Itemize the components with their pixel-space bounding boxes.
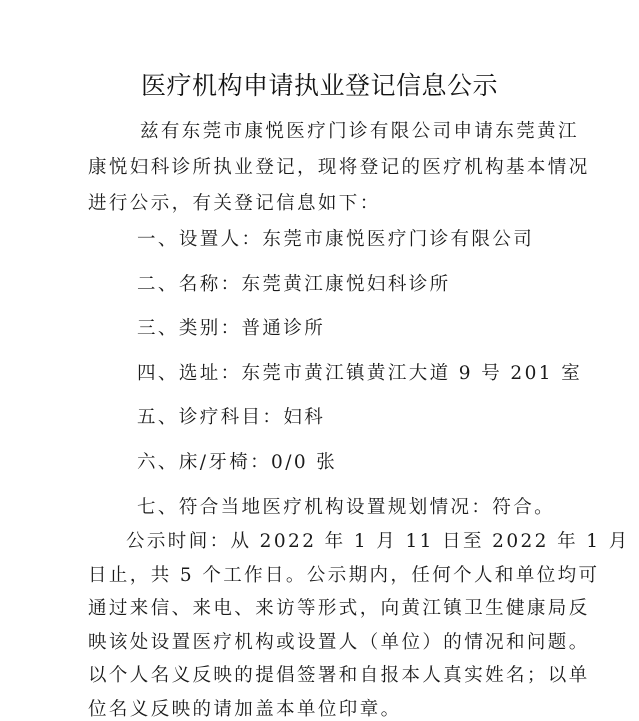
info-item-name: 二、名称：东莞黄江康悦妇科诊所 [137,267,582,312]
notice-line: 公示时间：从 2022 年 1 月 11 日至 2022 年 1 月 17 [88,525,588,559]
notice-line: 位名义反映的请加盖本单位印章。 [88,693,588,721]
notice-line: 映该处设置医疗机构或设置人（单位）的情况和问题。 [88,626,588,660]
notice-period-paragraph: 公示时间：从 2022 年 1 月 11 日至 2022 年 1 月 17 日止… [88,525,588,721]
item-index: 六、 [137,452,179,473]
info-item-beds: 六、床/牙椅：0/0 张 [137,445,582,490]
registration-info-list: 一、设置人：东莞市康悦医疗门诊有限公司 二、名称：东莞黄江康悦妇科诊所 三、类别… [137,222,582,534]
item-label: 类别： [179,318,242,339]
item-index: 三、 [137,318,179,339]
item-value: 东莞市黄江镇黄江大道 9 号 201 室 [242,363,583,384]
item-index: 四、 [137,363,179,384]
item-value: 妇科 [283,407,325,428]
item-value: 东莞黄江康悦妇科诊所 [242,274,451,295]
item-index: 一、 [137,229,179,250]
item-value: 普通诊所 [242,318,326,339]
item-label: 符合当地医疗机构设置规划情况： [179,497,493,518]
notice-line: 通过来信、来电、来访等形式，向黄江镇卫生健康局反 [88,592,588,626]
info-item-operator: 一、设置人：东莞市康悦医疗门诊有限公司 [137,222,582,267]
info-item-address: 四、选址：东莞市黄江镇黄江大道 9 号 201 室 [137,356,582,401]
intro-line: 康悦妇科诊所执业登记，现将登记的医疗机构基本情况 [88,150,588,186]
item-label: 选址： [179,363,242,384]
item-index: 七、 [137,497,179,518]
item-value: 东莞市康悦医疗门诊有限公司 [262,229,534,250]
intro-line: 进行公示，有关登记信息如下： [88,186,588,222]
notice-line: 以个人名义反映的提倡签署和自报本人真实姓名；以单 [88,659,588,693]
item-value: 0/0 张 [271,452,337,473]
item-label: 诊疗科目： [179,407,284,428]
item-label: 床/牙椅： [179,452,271,473]
item-index: 五、 [137,407,179,428]
intro-paragraph: 兹有东莞市康悦医疗门诊有限公司申请东莞黄江 康悦妇科诊所执业登记，现将登记的医疗… [88,114,588,222]
info-item-category: 三、类别：普通诊所 [137,311,582,356]
notice-line: 日止，共 5 个工作日。公示期内，任何个人和单位均可 [88,559,588,593]
item-index: 二、 [137,274,179,295]
intro-line: 兹有东莞市康悦医疗门诊有限公司申请东莞黄江 [88,114,588,150]
item-label: 名称： [179,274,242,295]
info-item-departments: 五、诊疗科目：妇科 [137,400,582,445]
item-label: 设置人： [179,229,263,250]
item-value: 符合。 [492,497,555,518]
document-title: 医疗机构申请执业登记信息公示 [0,66,639,102]
